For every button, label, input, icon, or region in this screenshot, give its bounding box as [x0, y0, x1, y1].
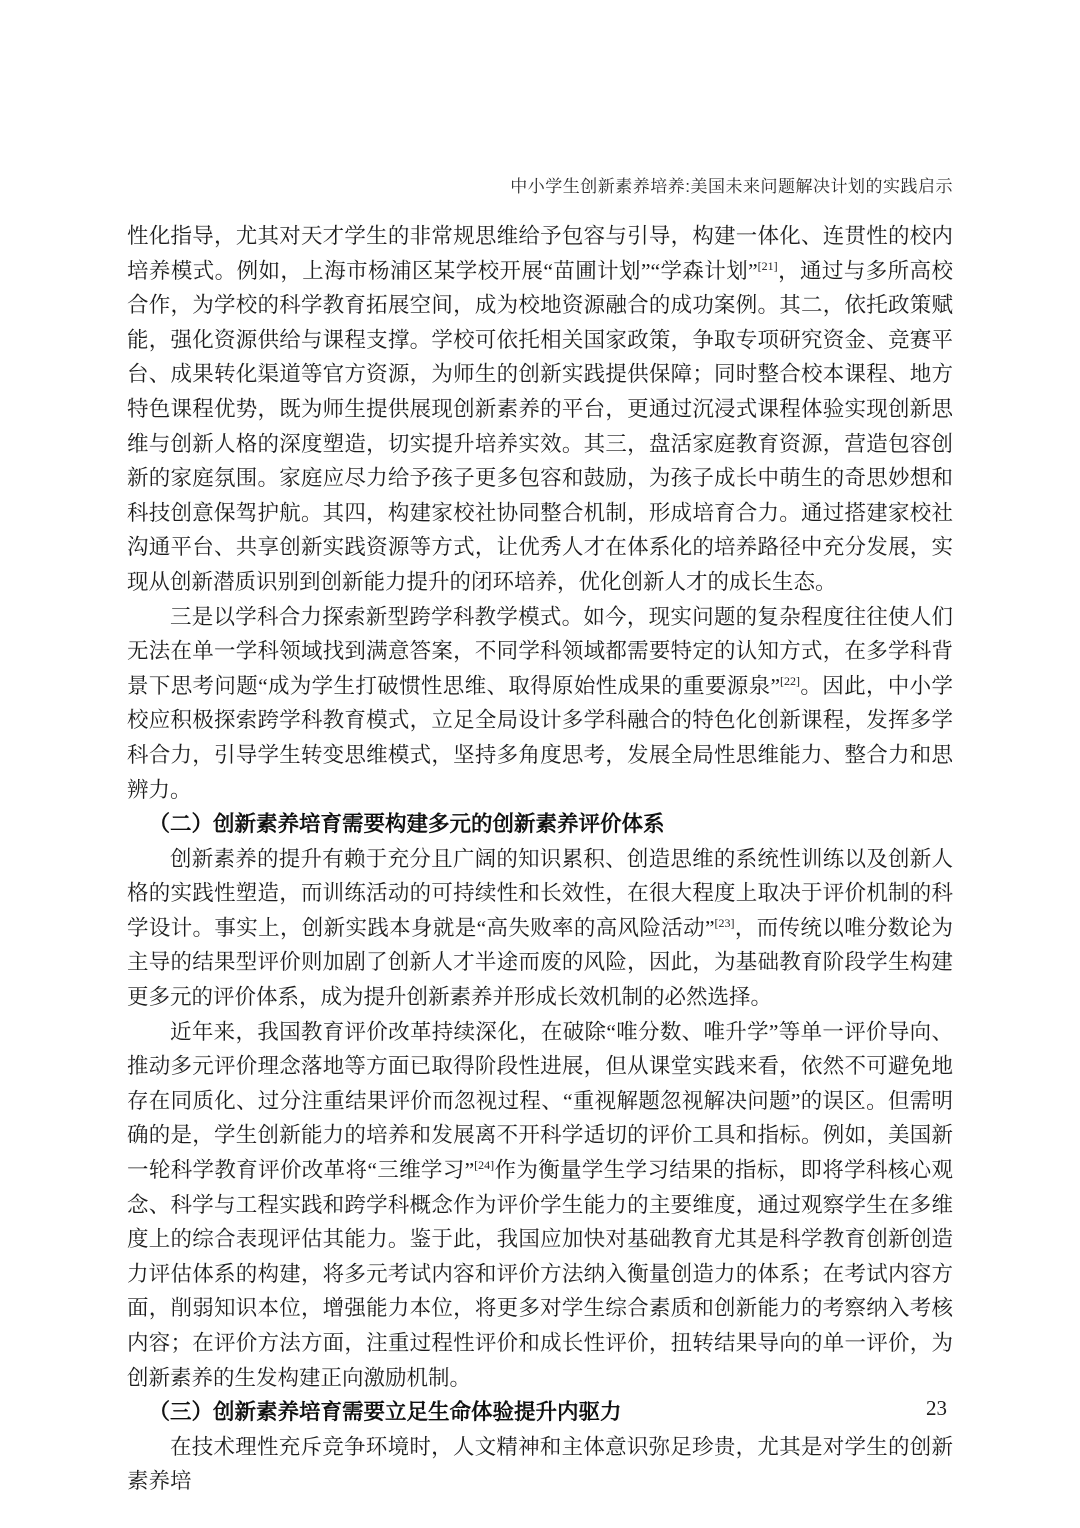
paragraph: 三是以学科合力探索新型跨学科教学模式。如今，现实问题的复杂程度往往使人们无法在单…: [127, 600, 953, 808]
paragraph: 性化指导，尤其对天才学生的非常规思维给予包容与引导，构建一体化、连贯性的校内培养…: [127, 219, 953, 600]
page-number: 23: [926, 1396, 947, 1421]
paragraph: 创新素养的提升有赖于充分且广阔的知识累积、创造思维的系统性训练以及创新人格的实践…: [127, 842, 953, 1015]
section-heading: （三）创新素养培育需要立足生命体验提升内驱力: [127, 1395, 953, 1430]
paragraph: 近年来，我国教育评价改革持续深化，在破除“唯分数、唯升学”等单一评价导向、推动多…: [127, 1015, 953, 1396]
running-header: 中小学生创新素养培养:美国未来问题解决计划的实践启示: [127, 172, 953, 197]
section-heading: （二）创新素养培育需要构建多元的创新素养评价体系: [127, 807, 953, 842]
citation-ref: [21]: [758, 258, 778, 272]
document-page: 中小学生创新素养培养:美国未来问题解决计划的实践启示 性化指导，尤其对天才学生的…: [0, 0, 1080, 1528]
citation-ref: [24]: [474, 1158, 494, 1172]
article-body: 性化指导，尤其对天才学生的非常规思维给予包容与引导，构建一体化、连贯性的校内培养…: [127, 219, 953, 1499]
citation-ref: [23]: [715, 916, 735, 930]
paragraph: 在技术理性充斥竞争环境时，人文精神和主体意识弥足珍贵，尤其是对学生的创新素养培: [127, 1430, 953, 1499]
citation-ref: [22]: [780, 674, 800, 688]
